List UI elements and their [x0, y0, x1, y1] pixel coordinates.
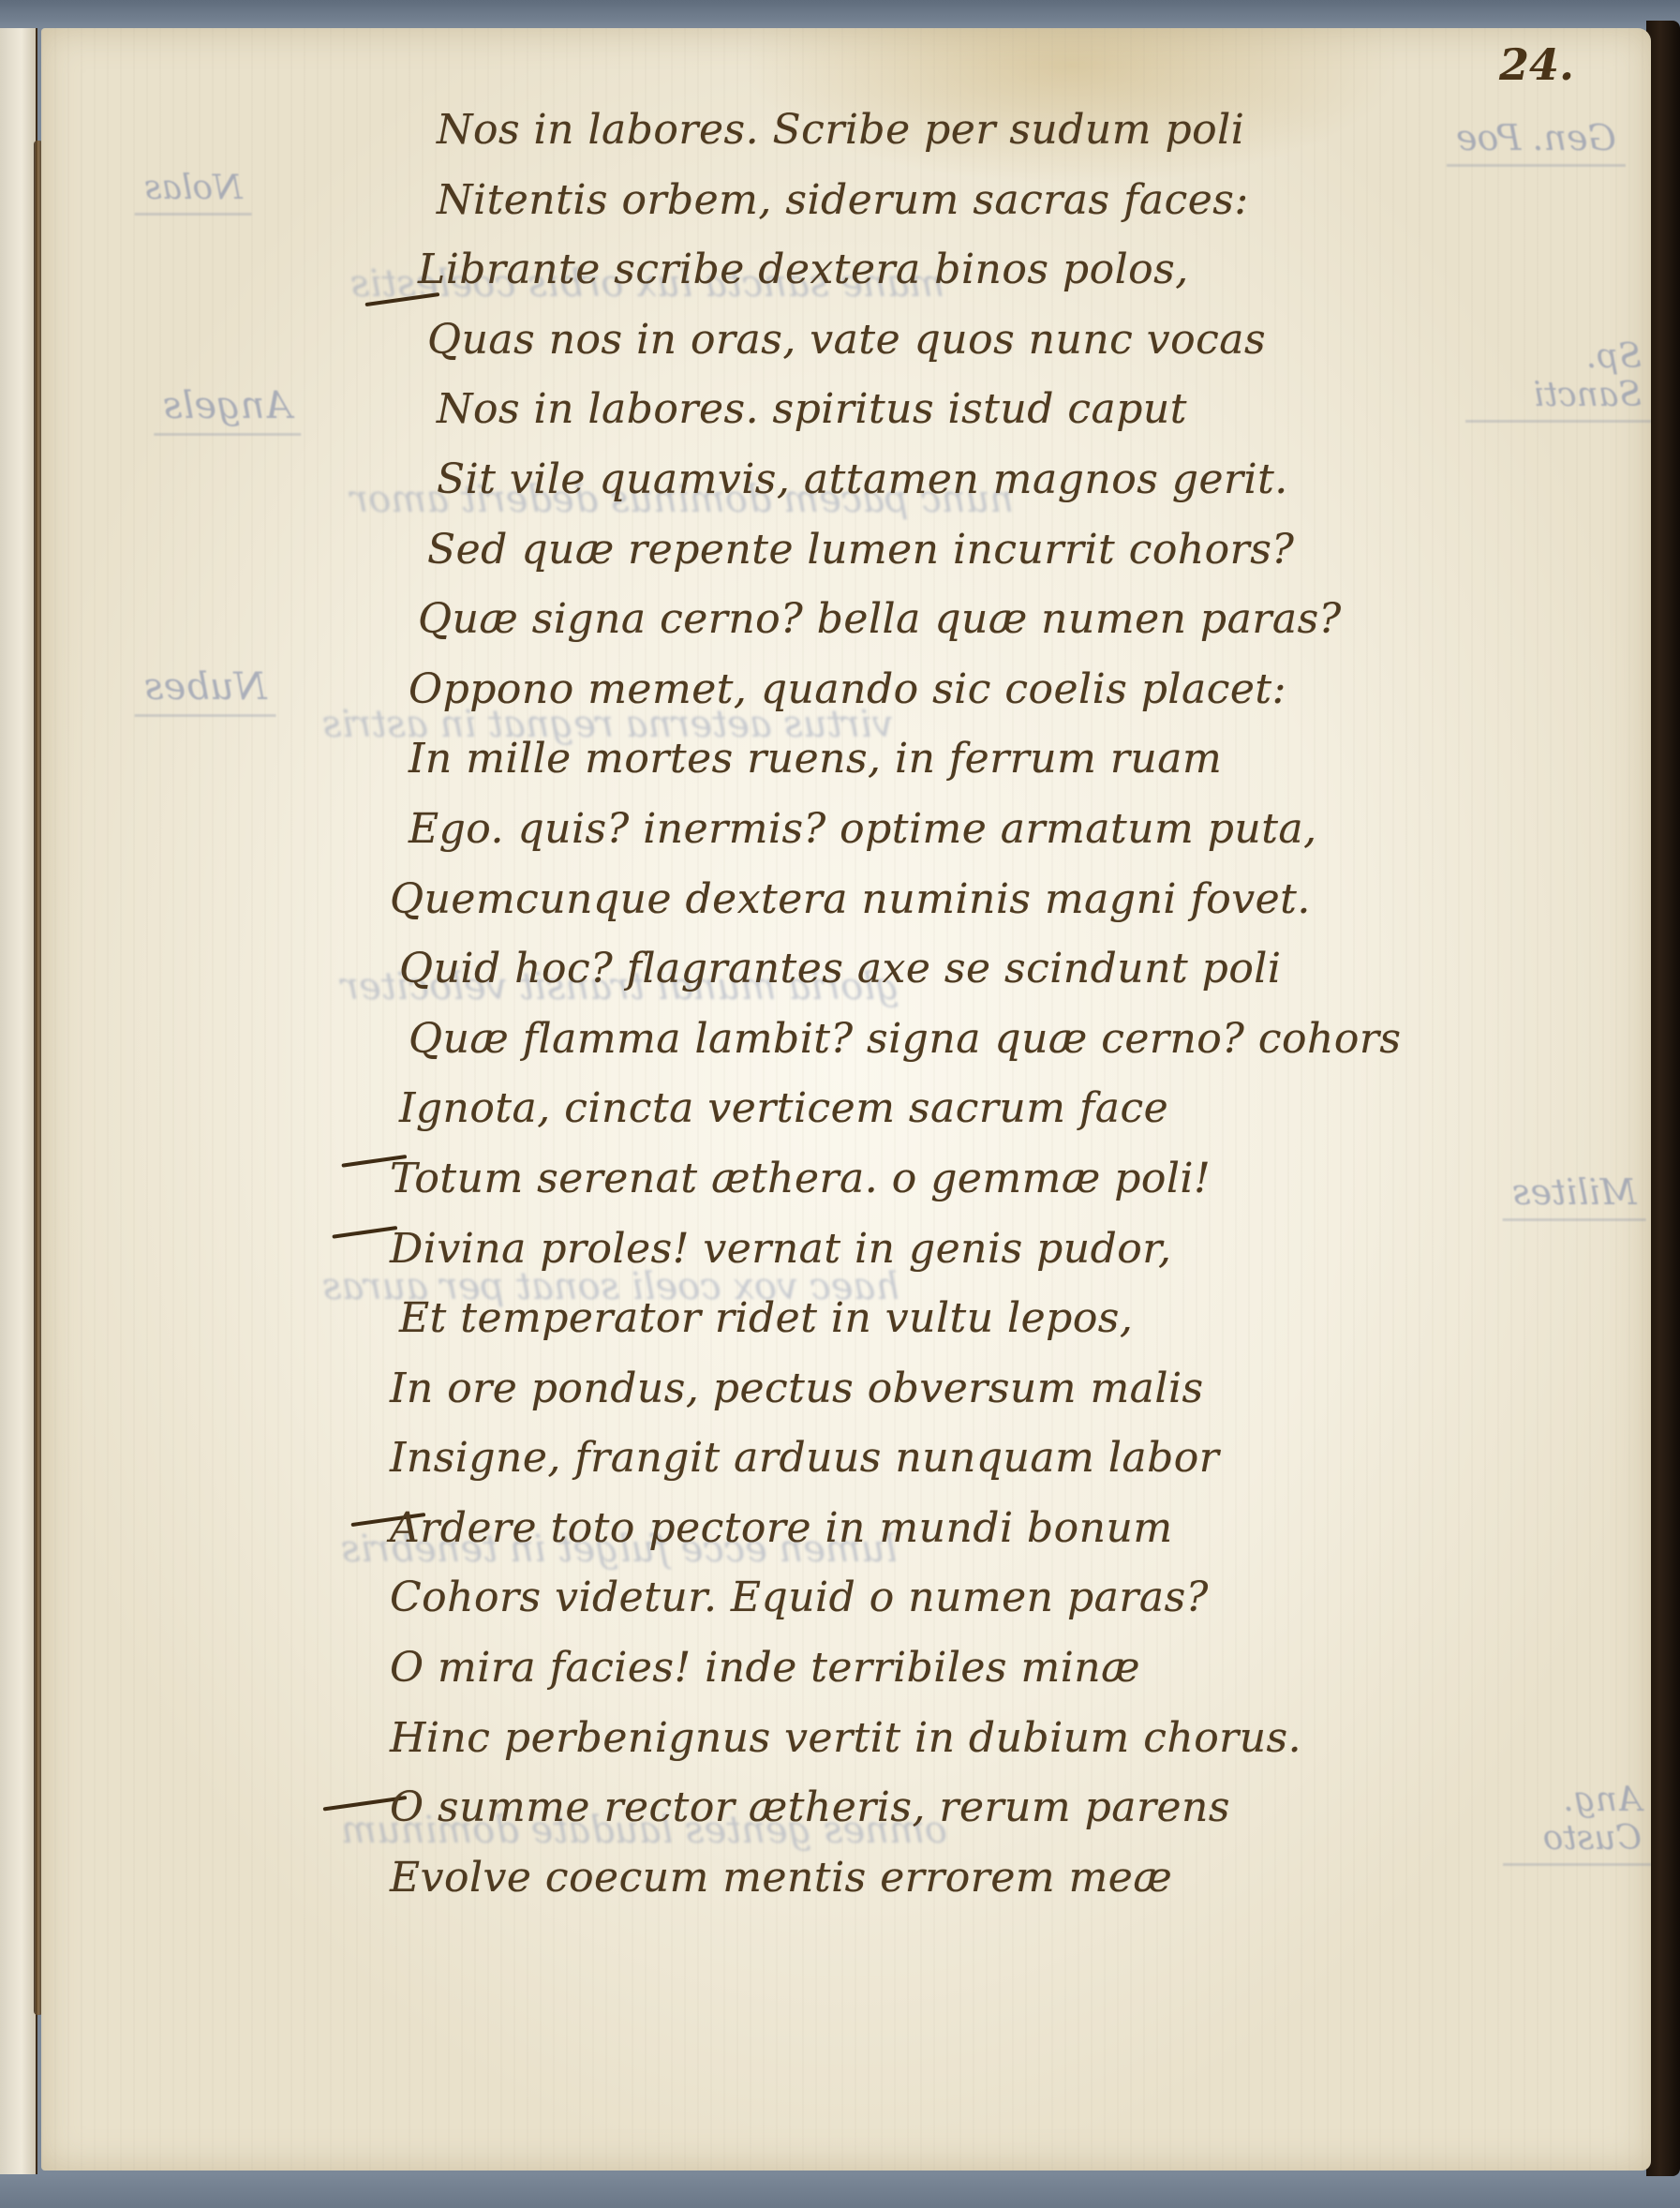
verse-line: In ore pondus, pectus obversum malis: [390, 1354, 1608, 1425]
page-number: 24.: [1499, 39, 1574, 90]
verse-line: Evolve coecum mentis errorem meæ: [390, 1843, 1608, 1914]
verse-line: Et temperator ridet in vultu lepos,: [399, 1284, 1617, 1354]
verse-line: Insigne, frangit arduus nunquam labor: [390, 1424, 1608, 1494]
verse-line: Ego. quis? inermis? optime armatum puta,: [409, 795, 1627, 865]
verse-line: Cohors videtur. Equid o numen paras?: [390, 1563, 1608, 1634]
verse-line: O mira facies! inde terribiles minæ: [390, 1634, 1608, 1704]
verse-line: Nos in labores. spiritus istud caput: [437, 375, 1651, 445]
verse-line: Oppono memet, quando sic coelis placet:: [409, 655, 1627, 725]
margin-note-left: Nubes: [135, 665, 276, 717]
verse-line: Quid hoc? flagrantes axe se scindunt pol…: [399, 934, 1617, 1005]
verse-line: O summe rector ætheris, rerum parens: [390, 1773, 1608, 1843]
verse-line: Quæ flamma lambit? signa quæ cerno? coho…: [409, 1005, 1627, 1075]
verse-line: Ignota, cincta verticem sacrum face: [399, 1074, 1617, 1144]
verse-line: Sit vile quamvis, attamen magnos gerit.: [437, 445, 1651, 515]
verse-line: In mille mortes ruens, in ferrum ruam: [409, 724, 1627, 795]
verse-line: Quemcunque dextera numinis magni fovet.: [390, 865, 1608, 935]
book-cover-edge: [1646, 21, 1680, 2176]
margin-note-left: Angels: [154, 384, 301, 436]
margin-note-left: Nolas: [135, 169, 252, 216]
verse-line: Quæ signa cerno? bella quæ numen paras?: [418, 585, 1636, 655]
verse-text-block: Nos in labores. Scribe per sudum poli Ni…: [399, 96, 1617, 1913]
verse-line: Sed quæ repente lumen incurrit cohors?: [427, 515, 1645, 586]
manuscript-page: mane sancta lux orbis coelestis nunc pac…: [41, 28, 1651, 2171]
verse-line: Hinc perbenignus vertit in dubium chorus…: [390, 1704, 1608, 1774]
facing-page-edge: [0, 28, 37, 2174]
verse-line: Librante scribe dextera binos polos,: [418, 235, 1636, 306]
verse-line: Nitentis orbem, siderum sacras faces:: [437, 166, 1651, 236]
verse-line: Totum serenat æthera. o gemmæ poli!: [390, 1144, 1608, 1215]
verse-line: Divina proles! vernat in genis pudor,: [390, 1215, 1608, 1285]
verse-line: Ardere toto pectore in mundi bonum: [390, 1494, 1608, 1564]
verse-line: Quas nos in oras, vate quos nunc vocas: [427, 306, 1645, 376]
verse-line: Nos in labores. Scribe per sudum poli: [437, 96, 1651, 166]
